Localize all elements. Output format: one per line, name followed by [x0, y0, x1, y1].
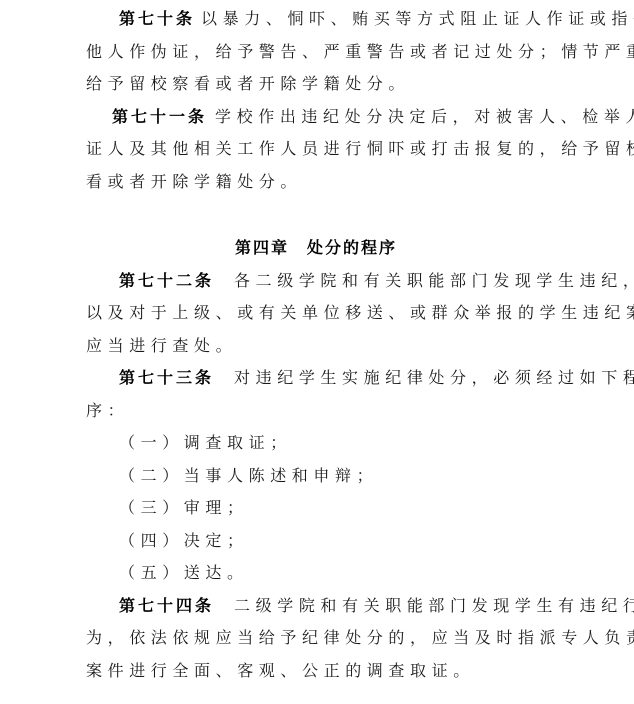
article-71-text: 学校作出违纪处分决定后，对被害人、检举人、	[215, 107, 634, 126]
article-73-title: 第七十三条	[119, 368, 214, 387]
article-73-item-5: （五）送达。	[86, 557, 552, 590]
chapter-heading: 第四章处分的程序	[80, 232, 552, 265]
article-73-item-1: （一）调查取证；	[86, 427, 552, 460]
article-71-line-3: 看或者开除学籍处分。	[86, 166, 552, 199]
article-74-first-line: 第七十四条二级学院和有关职能部门发现学生有违纪行	[86, 590, 552, 623]
article-73-first-line: 第七十三条对违纪学生实施纪律处分，必须经过如下程	[86, 362, 552, 395]
article-72-text: 各二级学院和有关职能部门发现学生违纪，	[234, 271, 634, 290]
article-73-item-3: （三）审理；	[86, 492, 552, 525]
article-74-line-2: 为，依法依规应当给予纪律处分的，应当及时指派专人负责对	[86, 622, 552, 655]
article-70-line-3: 给予留校察看或者开除学籍处分。	[86, 68, 552, 101]
article-70-line-2: 他人作伪证，给予警告、严重警告或者记过处分；情节严重的，	[86, 36, 552, 69]
article-71-first-line: 第七十一条学校作出违纪处分决定后，对被害人、检举人、	[86, 101, 552, 134]
article-70-title: 第七十条	[119, 9, 195, 28]
chapter-title: 处分的程序	[307, 238, 397, 257]
spacer	[86, 198, 552, 232]
article-70-first-line: 第七十条以暴力、恫吓、贿买等方式阻止证人作证或指使	[86, 3, 552, 36]
article-74-line-3: 案件进行全面、客观、公正的调查取证。	[86, 655, 552, 688]
article-73-line-2: 序：	[86, 395, 552, 428]
article-72-first-line: 第七十二条各二级学院和有关职能部门发现学生违纪，	[86, 265, 552, 298]
article-73-text: 对违纪学生实施纪律处分，必须经过如下程	[234, 368, 634, 387]
article-72-title: 第七十二条	[119, 271, 214, 290]
article-74-title: 第七十四条	[119, 596, 214, 615]
chapter-number: 第四章	[235, 238, 289, 257]
article-74-text: 二级学院和有关职能部门发现学生有违纪行	[234, 596, 634, 615]
document-page: 第七十条以暴力、恫吓、贿买等方式阻止证人作证或指使 他人作伪证，给予警告、严重警…	[86, 3, 552, 687]
article-73-item-4: （四）决定；	[86, 525, 552, 558]
article-71-line-2: 证人及其他相关工作人员进行恫吓或打击报复的，给予留校察	[86, 133, 552, 166]
article-72-line-2: 以及对于上级、或有关单位移送、或群众举报的学生违纪案件，	[86, 297, 552, 330]
article-72-line-3: 应当进行查处。	[86, 330, 552, 363]
article-73-item-2: （二）当事人陈述和申辩；	[86, 460, 552, 493]
article-70-text: 以暴力、恫吓、贿买等方式阻止证人作证或指使	[201, 9, 634, 28]
article-71-title: 第七十一条	[112, 107, 207, 126]
